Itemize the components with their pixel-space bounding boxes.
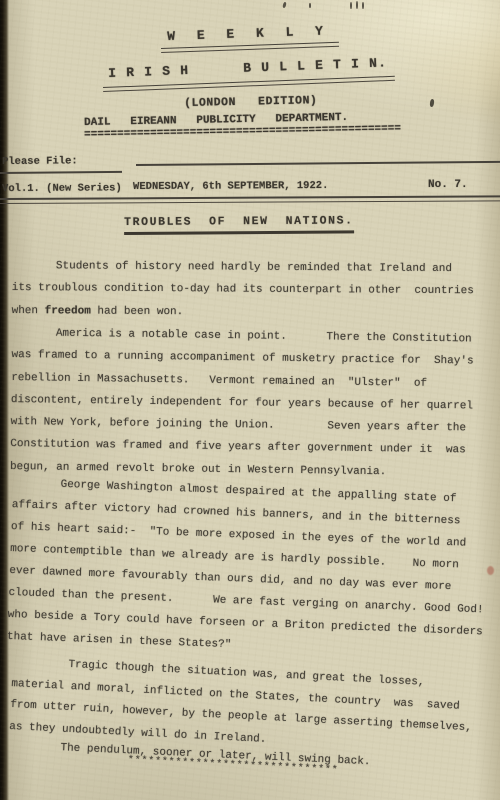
paragraph-3: George Washington almost despaired at th…	[7, 472, 499, 666]
article-heading: TROUBLES OF NEW NATIONS.	[124, 214, 354, 235]
ink-spot	[429, 99, 434, 107]
please-file-label: Please File:	[2, 155, 78, 168]
paragraph-1-lines: Students of history need hardly be remin…	[12, 255, 498, 303]
paragraph-2-lines: America is a notable case in point. Ther…	[10, 322, 498, 485]
paragraph-1: Students of history need hardly be remin…	[12, 255, 498, 325]
paragraph-1-last-post: had been won.	[91, 305, 184, 318]
header-rule-top	[136, 161, 500, 166]
top-edge-mark	[282, 2, 286, 9]
top-edge-mark	[362, 2, 364, 9]
page-left-edge-shadow	[0, 0, 9, 800]
freedom-emphasis: freedom	[45, 305, 91, 317]
masthead-edition: (LONDON EDITION)	[184, 94, 317, 110]
paragraph-2: America is a notable case in point. Ther…	[10, 322, 498, 485]
volume-label: Vol.1. (New Series)	[2, 182, 122, 195]
paragraph-1-last-pre: when	[12, 305, 45, 317]
masthead-title-weekly: W E E K L Y	[167, 23, 330, 44]
paragraph-1-last-line: when freedom had been won.	[12, 300, 498, 326]
header-rule-bottom	[0, 195, 500, 204]
masthead-title-weekly-underline	[161, 42, 339, 53]
top-edge-mark	[356, 1, 358, 9]
issue-date: WEDNESDAY, 6th SEPTEMBER, 1922.	[133, 180, 328, 193]
document-page: W E E K L Y I R I S H B U L L E T I N. (…	[0, 0, 500, 800]
paragraph-3-lines: George Washington almost despaired at th…	[7, 472, 499, 666]
issue-number: No. 7.	[428, 179, 468, 191]
top-edge-mark	[350, 2, 352, 9]
please-file-underline	[0, 171, 122, 174]
top-edge-mark	[309, 3, 311, 8]
